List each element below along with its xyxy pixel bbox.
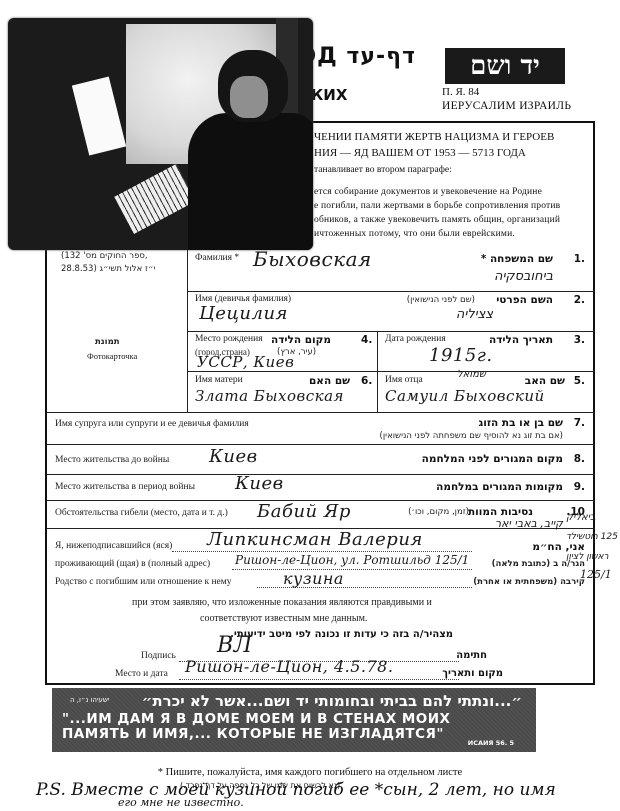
first-name-label-he: השם הפרטי bbox=[496, 294, 553, 306]
father-name-label-ru: Имя отца bbox=[385, 375, 423, 385]
residence-prewar-num: .8 bbox=[574, 453, 585, 465]
footer-note-ru: * Пишите, пожалуйста, имя каждого погибш… bbox=[0, 767, 620, 778]
declarant-address-label-ru: проживающий (щая) в (полный адрес) bbox=[55, 559, 210, 569]
header-partial-title: ЭД דף-עד bbox=[300, 44, 416, 69]
signature-value[interactable]: ВЛ bbox=[217, 633, 253, 658]
banner-hebrew-ref: ישעיהו נ״ו, ה bbox=[70, 696, 109, 704]
spouse-label-ru: Имя супруга или супруги и ее девичья фам… bbox=[55, 419, 249, 429]
statement-hebrew: מצהיר/ה בזה כי עדות זו נכונה לפי מיטב יד… bbox=[230, 629, 453, 640]
death-circumstances-label-ru: Обстоятельства гибели (место, дата и т. … bbox=[55, 508, 228, 518]
victim-photograph bbox=[8, 18, 313, 250]
intro-line-2: НИЯ — ЯД ВАШЕМ ОТ 1953 — 5713 ГОДА bbox=[314, 147, 526, 159]
mother-name-num: .6 bbox=[361, 375, 372, 387]
signature-label-ru: Подпись bbox=[141, 651, 176, 661]
birth-date-label-he: תאריך הלידה bbox=[489, 334, 553, 346]
residence-prewar-value[interactable]: Киев bbox=[209, 446, 258, 467]
margin-note-2: 125 רוטשילד bbox=[566, 532, 618, 542]
place-date-value[interactable]: Ришон-ле-Цион, 4.5.78. bbox=[185, 657, 393, 676]
residence-war-label-ru: Место жительства в период войны bbox=[55, 482, 195, 492]
birth-date-value[interactable]: 1915г. bbox=[429, 345, 493, 366]
death-circumstances-label-he-note: (זמן, מקום, וכו׳) bbox=[408, 507, 469, 517]
law-ref-2: י״ז אלול תשי״ג (28.8.53 bbox=[61, 264, 155, 274]
intro-para-2: е погибли, пали жертвами в борьбе сопрот… bbox=[314, 201, 560, 211]
birth-date-label-ru: Дата рождения bbox=[385, 334, 446, 344]
residence-war-value[interactable]: Киев bbox=[235, 473, 284, 494]
birth-place-label-he: מקום הלידה bbox=[271, 334, 331, 346]
residence-war-num: .9 bbox=[574, 481, 585, 493]
intro-para-3: обников, а также увековечить память общи… bbox=[314, 215, 560, 225]
death-circumstances-value-he[interactable]: קייב, באבי יאר bbox=[495, 517, 563, 530]
relation-label-he: קירבה (משפחתית או אחרת) bbox=[473, 577, 585, 587]
birth-date-num: .3 bbox=[574, 334, 585, 346]
intro-line-3: танавливает во втором параграфе: bbox=[314, 165, 452, 175]
residence-war-label-he: מקומות המגורים במלחמה bbox=[436, 481, 563, 493]
yad-vashem-logo: יד ושם bbox=[445, 48, 565, 84]
law-intro-box: ЧЕНИИ ПАМЯТИ ЖЕРТВ НАЦИЗМА И ГЕРОЕВ НИЯ … bbox=[300, 121, 595, 245]
testimony-form: (ספר החוקים מס' 132, י״ז אלול תשי״ג (28.… bbox=[45, 245, 595, 685]
residence-prewar-label-ru: Место жительства до войны bbox=[55, 455, 169, 465]
intro-para-1: ется собирание документов и увековечение… bbox=[314, 187, 542, 197]
place-date-label-he: מקום ותאריך bbox=[442, 668, 503, 679]
intro-para-4: ичтоженных потому, что они были еврейски… bbox=[314, 229, 515, 239]
banner-russian-line-2: ПАМЯТЬ И ИМЯ,... КОТОРЫЕ НЕ ИЗГЛАДЯТСЯ" bbox=[62, 726, 444, 742]
father-name-num: .5 bbox=[574, 375, 585, 387]
photo-label-russian: Фотокарточка bbox=[87, 351, 137, 361]
birth-place-value[interactable]: УССР, Киев bbox=[197, 353, 294, 371]
surname-label-he: שם המשפחה * bbox=[481, 253, 553, 265]
surname-label-ru: Фамилия * bbox=[195, 253, 239, 263]
spouse-label-he-note: (אם בת זוג נא להוסיף שם משפחתה לפני הניש… bbox=[380, 431, 563, 441]
first-name-value-he[interactable]: צציליה bbox=[456, 307, 493, 322]
declarant-address-value[interactable]: Ришон-ле-Цион, ул. Ротшильд 125/1 bbox=[235, 553, 469, 567]
relation-label-ru: Родство с погибшим или отношение к нему bbox=[55, 577, 232, 587]
spouse-label-he: שם בן או בת הזוג bbox=[479, 417, 563, 429]
relation-value[interactable]: кузина bbox=[283, 569, 344, 588]
death-circumstances-value-ru[interactable]: Бабий Яр bbox=[257, 501, 351, 522]
margin-note-1: ביאליק bbox=[566, 512, 596, 523]
postscript-line-2: его мне не известно. bbox=[118, 796, 244, 809]
banner-hebrew-quote: ״...ונתתי להם בביתי ובחומותי יד ושם...אש… bbox=[142, 692, 522, 710]
first-name-value-ru[interactable]: Цецилия bbox=[199, 303, 288, 324]
spouse-num: .7 bbox=[574, 417, 585, 429]
statement-line-1: при этом заявляю, что изложенные показан… bbox=[132, 597, 432, 608]
birth-place-label-ru: Место рождения bbox=[195, 334, 263, 344]
header-address: ИЕРУСАЛИМ ИЗРАИЛЬ bbox=[442, 100, 571, 112]
isaiah-quote-banner: ישעיהו נ״ו, ה ״...ונתתי להם בביתי ובחומו… bbox=[52, 688, 536, 752]
first-name-num: .2 bbox=[574, 294, 585, 306]
signature-label-he: חתימה bbox=[456, 650, 487, 661]
margin-note-3: ראשון לציון bbox=[566, 552, 609, 562]
header-po-box: П. Я. 84 bbox=[442, 86, 479, 98]
father-name-value-he[interactable]: שמואל bbox=[457, 369, 486, 380]
father-name-label-he: שם האב bbox=[525, 375, 565, 387]
mother-name-label-ru: Имя матери bbox=[195, 375, 243, 385]
birth-place-num: .4 bbox=[361, 334, 372, 346]
mother-name-label-he: שם האם bbox=[309, 375, 350, 387]
place-date-label-ru: Место и дата bbox=[115, 669, 168, 679]
first-name-label-he-note: (שם לפני הנישואין) bbox=[407, 295, 475, 305]
photo-label-hebrew: תמונת bbox=[95, 337, 120, 347]
postscript-line-1: P.S. Вместе с моей кузиной погиб ее *сын… bbox=[36, 780, 556, 800]
margin-note-4: 125/1 bbox=[580, 568, 612, 581]
law-ref-1: (ספר החוקים מס' 132, bbox=[61, 251, 148, 261]
residence-prewar-label-he: מקום המגורים לפני המלחמה bbox=[422, 453, 563, 465]
mother-name-value[interactable]: Злата Быховская bbox=[195, 387, 344, 405]
intro-line-1: ЧЕНИИ ПАМЯТИ ЖЕРТВ НАЦИЗМА И ГЕРОЕВ bbox=[314, 131, 554, 143]
surname-value-ru[interactable]: Быховская bbox=[253, 247, 372, 271]
surname-value-he[interactable]: ביחובסקיה bbox=[494, 269, 553, 284]
statement-line-2: соответствуют известным мне данным. bbox=[200, 613, 367, 624]
banner-russian-line-1: "...ИМ ДАМ Я В ДОМЕ МОЕМ И В СТЕНАХ МОИХ bbox=[62, 711, 450, 727]
declarant-name-label-ru: Я, нижеподписавшийся (яся) bbox=[55, 541, 172, 551]
banner-russian-ref: ИСАИЯ 56. 5 bbox=[468, 739, 514, 747]
surname-num: .1 bbox=[574, 253, 585, 265]
declarant-name-value[interactable]: Липкинсман Валерия bbox=[207, 529, 423, 550]
father-name-value[interactable]: Самуил Быховский bbox=[385, 387, 545, 405]
